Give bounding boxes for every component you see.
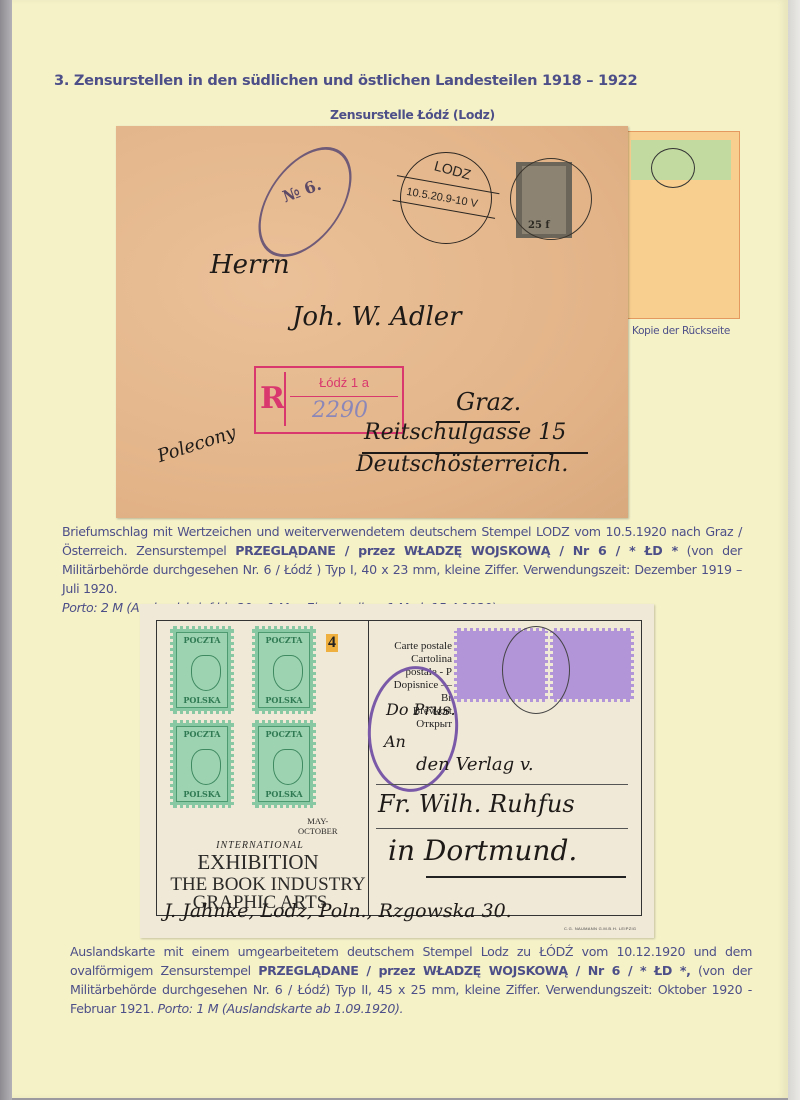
registration-letter: R — [260, 372, 286, 426]
service-note: Polecony — [155, 422, 239, 467]
salutation: Herrn — [210, 250, 290, 280]
page-heading: 3. Zensurstellen in den südlichen und ös… — [54, 72, 637, 89]
address-rule — [426, 876, 626, 878]
address-line-4: Fr. Wilh. Ruhfus — [378, 790, 575, 818]
card-postmark — [502, 626, 570, 714]
caption-censor-text: PRZEGLĄDANE / przez WŁADZĘ WOJSKOWĄ / Nr… — [235, 543, 678, 558]
printer-imprint: C.G. NAUMANN G.M.B.H. LEIPZIG — [564, 926, 636, 931]
registration-number: 2290 — [312, 398, 368, 423]
section-subheading: Zensurstelle Łódź (Lodz) — [330, 107, 495, 122]
country: Deutschösterreich. — [356, 452, 568, 477]
green-stamp: POCZTAPOLSKA — [252, 626, 316, 714]
back-postmark — [651, 148, 695, 188]
scan-right-edge — [788, 0, 800, 1100]
caption-postage: Porto: 1 M (Auslandskarte ab 1.09.1920). — [158, 1001, 404, 1016]
caption-censor-text: PRZEGLĄDANE / przez WŁADZĘ WOJSKOWĄ / Nr… — [258, 963, 690, 978]
green-stamp: POCZTAPOLSKA — [170, 626, 234, 714]
address-rule — [376, 828, 628, 829]
recipient-name: Joh. W. Adler — [292, 302, 462, 332]
scan-left-edge — [0, 0, 12, 1100]
street: Reitschulgasse 15 — [364, 420, 566, 445]
card-label: Carte postale — [380, 640, 452, 653]
address-rule — [376, 784, 628, 785]
address-line-5: in Dortmund. — [388, 834, 577, 867]
envelope: № 6. LODZ 10.5.20.9-10 V 25 f Herrn Joh.… — [116, 126, 628, 518]
exhibition-line2: EXHIBITION — [168, 850, 348, 875]
back-copy-label: Kopie der Rückseite — [632, 325, 730, 337]
exhibition-dates: MAY- OCTOBER — [298, 816, 338, 836]
address-line-3: den Verlag v. — [416, 754, 534, 775]
sender-line: J. Jahnke, Lodz, Poln., Rzgowska 30. — [164, 900, 512, 922]
postcard: POCZTAPOLSKA POCZTAPOLSKA POCZTAPOLSKA P… — [140, 604, 654, 938]
corner-number: 4 — [326, 634, 338, 652]
address-line-2: An — [384, 732, 406, 751]
postcard-divider — [368, 620, 369, 915]
envelope-back-copy — [626, 131, 740, 319]
green-stamp: POCZTAPOLSKA — [170, 720, 234, 808]
stamp-cancel — [510, 158, 592, 240]
envelope-caption: Briefumschlag mit Wertzeichen und weiter… — [62, 522, 742, 617]
city: Graz. — [456, 388, 521, 416]
postcard-caption: Auslandskarte mit einem umgearbeitetem d… — [70, 942, 752, 1018]
registration-office: Łódź 1 a — [290, 370, 398, 397]
address-line-1: Do Prus. — [386, 700, 456, 719]
green-stamp: POCZTAPOLSKA — [252, 720, 316, 808]
